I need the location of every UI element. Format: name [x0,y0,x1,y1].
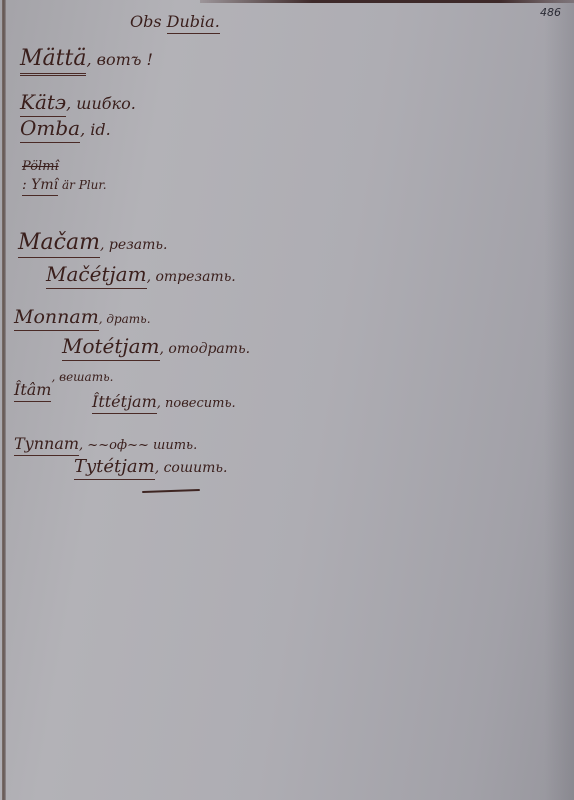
entry-tynnam: Tynnam, ~~оф~~ шить. [14,436,197,452]
entry-mattä: Mättä, вотъ ! [20,48,153,70]
entry-term: Mačétjam [46,262,147,289]
entry-gloss: , резать. [100,237,167,253]
entry-monnam: Monnam, драть. [14,308,151,327]
entry-macam: Mačam, резать. [18,232,167,254]
entry-term: : Ymî [22,177,58,196]
entry-term: Monnam [14,306,99,331]
page-top-edge [200,0,574,3]
manuscript-page: 486 Obs Dubia. Mättä, вотъ ! Kätэ, шибко… [0,0,574,800]
entry-term: Îttétjam [92,392,157,414]
entry-term: Mačam [18,230,100,258]
entry-gloss: , ~~оф~~ шить. [79,438,197,453]
entry-omba: Omba, id. [20,118,111,138]
entry-ittetjam: Îttétjam, повесить. [92,394,236,410]
page-shadow [544,0,574,800]
entry-term: Omba [20,116,80,143]
page-number: 486 [540,6,561,19]
entry-macetjam: Mačétjam, отрезать. [46,264,236,284]
entry-term: Îtâm [14,380,51,402]
entry-gloss: , драть. [99,312,151,326]
entry-term: Kätэ [20,90,66,117]
entry-ymi: : Ymî är Plur. [22,178,107,192]
entry-motetjam: Motétjam, отодрать. [62,336,250,356]
closing-rule [142,489,200,493]
entry-tytetjam: Tytétjam, сошить. [74,458,227,476]
entry-gloss: , шибко. [66,94,136,113]
entry-gloss: , отрезать. [147,269,236,285]
heading-prefix: Obs [130,12,162,31]
entry-term: Tytétjam [74,456,155,480]
entry-gloss: är Plur. [58,178,106,192]
entry-gloss: , вешать. [51,370,113,384]
entry-gloss: , вотъ ! [86,50,152,69]
entry-gloss: , id. [80,120,111,139]
entry-gloss: , сошить. [155,460,228,476]
entry-struck: Pölmî [22,160,59,173]
entry-gloss: , отодрать. [160,341,251,357]
heading: Obs Dubia. [130,14,220,30]
entry-term: Motétjam [62,334,160,361]
entry-gloss: , повесить. [157,396,236,411]
binding-edge [2,0,6,800]
entry-term: Mättä [20,46,86,76]
entry-term: Tynnam [14,434,79,456]
heading-word: Dubia. [167,12,220,34]
entry-kätэ: Kätэ, шибко. [20,92,136,112]
entry-term: Pölmî [22,159,59,174]
